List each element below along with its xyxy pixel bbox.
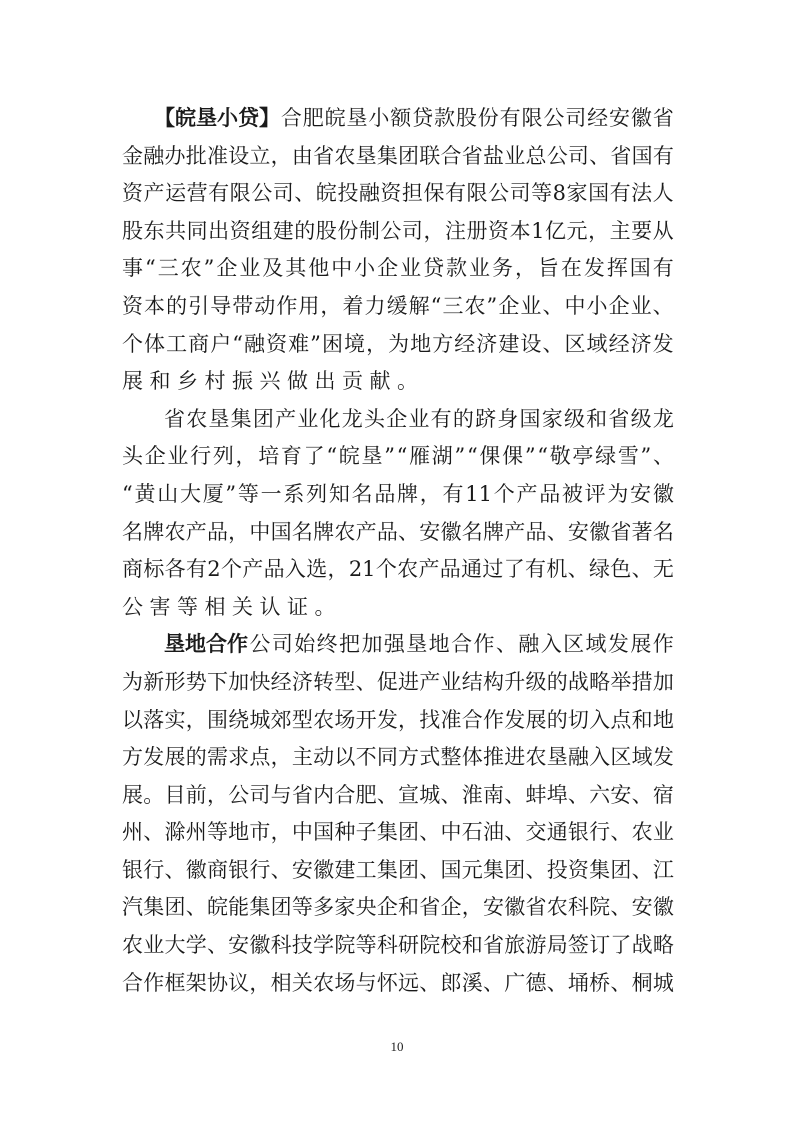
text-line: 合作框架协议，相关农场与怀远、郎溪、广德、埇桥、桐城 <box>122 965 674 1003</box>
text-line: 事“三农”企业及其他中小企业贷款业务，旨在发挥国有 <box>122 250 674 288</box>
text-line: 汽集团、皖能集团等多家央企和省企，安徽省农科院、安徽 <box>122 889 674 927</box>
text-line: 资本的引导带动作用，着力缓解“三农”企业、中小企业、 <box>122 288 674 326</box>
text-line: 展。目前，公司与省内合肥、宣城、淮南、蚌埠、六安、宿 <box>122 777 674 815</box>
page-number: 10 <box>0 1039 794 1055</box>
text-line: 名牌农产品，中国名牌农产品、安徽名牌产品、安徽省著名 <box>122 514 674 552</box>
text-line: 银行、徽商银行、安徽建工集团、国元集团、投资集团、江 <box>122 852 674 890</box>
text-line: 为新形势下加快经济转型、促进产业结构升级的战略举措加 <box>122 664 674 702</box>
text-line: 商标各有2个产品入选，21个农产品通过了有机、绿色、无 <box>122 551 674 589</box>
text-line: 股东共同出资组建的股份制公司，注册资本1亿元，主要从 <box>122 213 674 251</box>
text-line: 农业大学、安徽科技学院等科研院校和省旅游局签订了战略 <box>122 927 674 965</box>
paragraph: 垦地合作公司始终把加强垦地合作、融入区域发展作为新形势下加快经济转型、促进产业结… <box>122 626 674 1002</box>
text-line: 展和乡村振兴做出贡献。 <box>122 363 674 401</box>
paragraph-heading: 【皖垦小贷】 <box>154 100 280 138</box>
document-page: 【皖垦小贷】合肥皖垦小额贷款股份有限公司经安徽省金融办批准设立，由省农垦集团联合… <box>0 0 794 1122</box>
paragraph: 省农垦集团产业化龙头企业有的跻身国家级和省级龙头企业行列，培育了“皖垦”“雁湖”… <box>122 401 674 627</box>
text-line: 金融办批准设立，由省农垦集团联合省盐业总公司、省国有 <box>122 138 674 176</box>
paragraph-heading: 垦地合作 <box>164 626 248 664</box>
text-line: “黄山大厦”等一系列知名品牌，有11个产品被评为安徽 <box>122 476 674 514</box>
text-line: 方发展的需求点，主动以不同方式整体推进农垦融入区域发 <box>122 739 674 777</box>
text-line: 州、滁州等地市，中国种子集团、中石油、交通银行、农业 <box>122 814 674 852</box>
text-line: 头企业行列，培育了“皖垦”“雁湖”“倮倮”“敬亭绿雪”、 <box>122 438 674 476</box>
text-line: 资产运营有限公司、皖投融资担保有限公司等8家国有法人 <box>122 175 674 213</box>
text-line: 省农垦集团产业化龙头企业有的跻身国家级和省级龙 <box>122 401 674 439</box>
text-line: 个体工商户“融资难”困境，为地方经济建设、区域经济发 <box>122 326 674 364</box>
text-line: 垦地合作公司始终把加强垦地合作、融入区域发展作 <box>122 626 674 664</box>
text-line: 以落实，围绕城郊型农场开发，找准合作发展的切入点和地 <box>122 702 674 740</box>
paragraph: 【皖垦小贷】合肥皖垦小额贷款股份有限公司经安徽省金融办批准设立，由省农垦集团联合… <box>122 100 674 401</box>
text-line: 【皖垦小贷】合肥皖垦小额贷款股份有限公司经安徽省 <box>122 100 674 138</box>
text-line: 公害等相关认证。 <box>122 589 674 627</box>
body-text: 【皖垦小贷】合肥皖垦小额贷款股份有限公司经安徽省金融办批准设立，由省农垦集团联合… <box>122 100 674 1002</box>
